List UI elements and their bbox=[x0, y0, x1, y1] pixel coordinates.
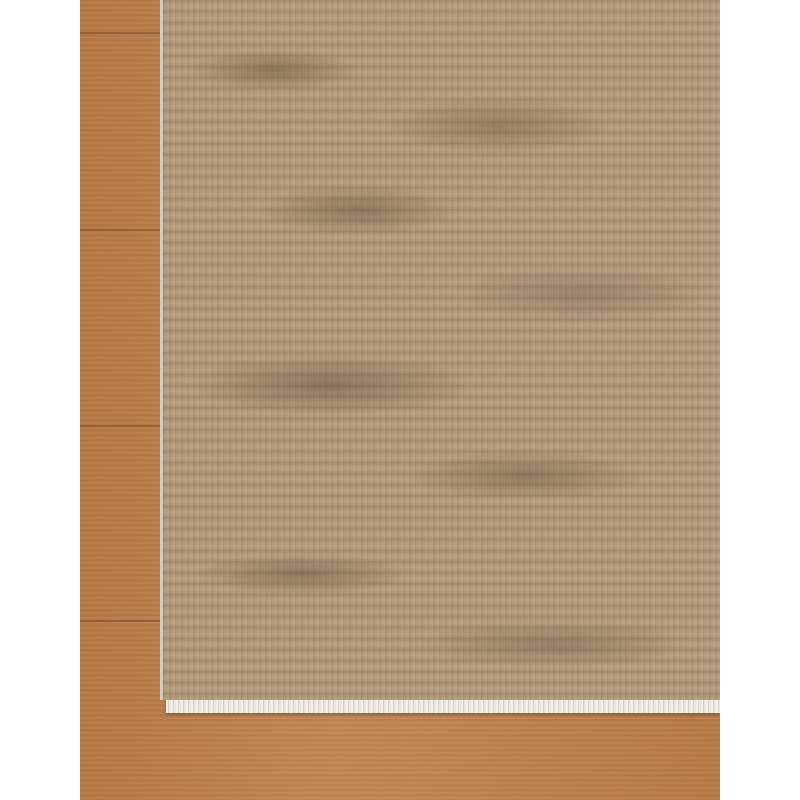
rug-pile bbox=[163, 0, 720, 700]
rug-fringe bbox=[166, 700, 720, 713]
product-photo bbox=[80, 0, 720, 800]
